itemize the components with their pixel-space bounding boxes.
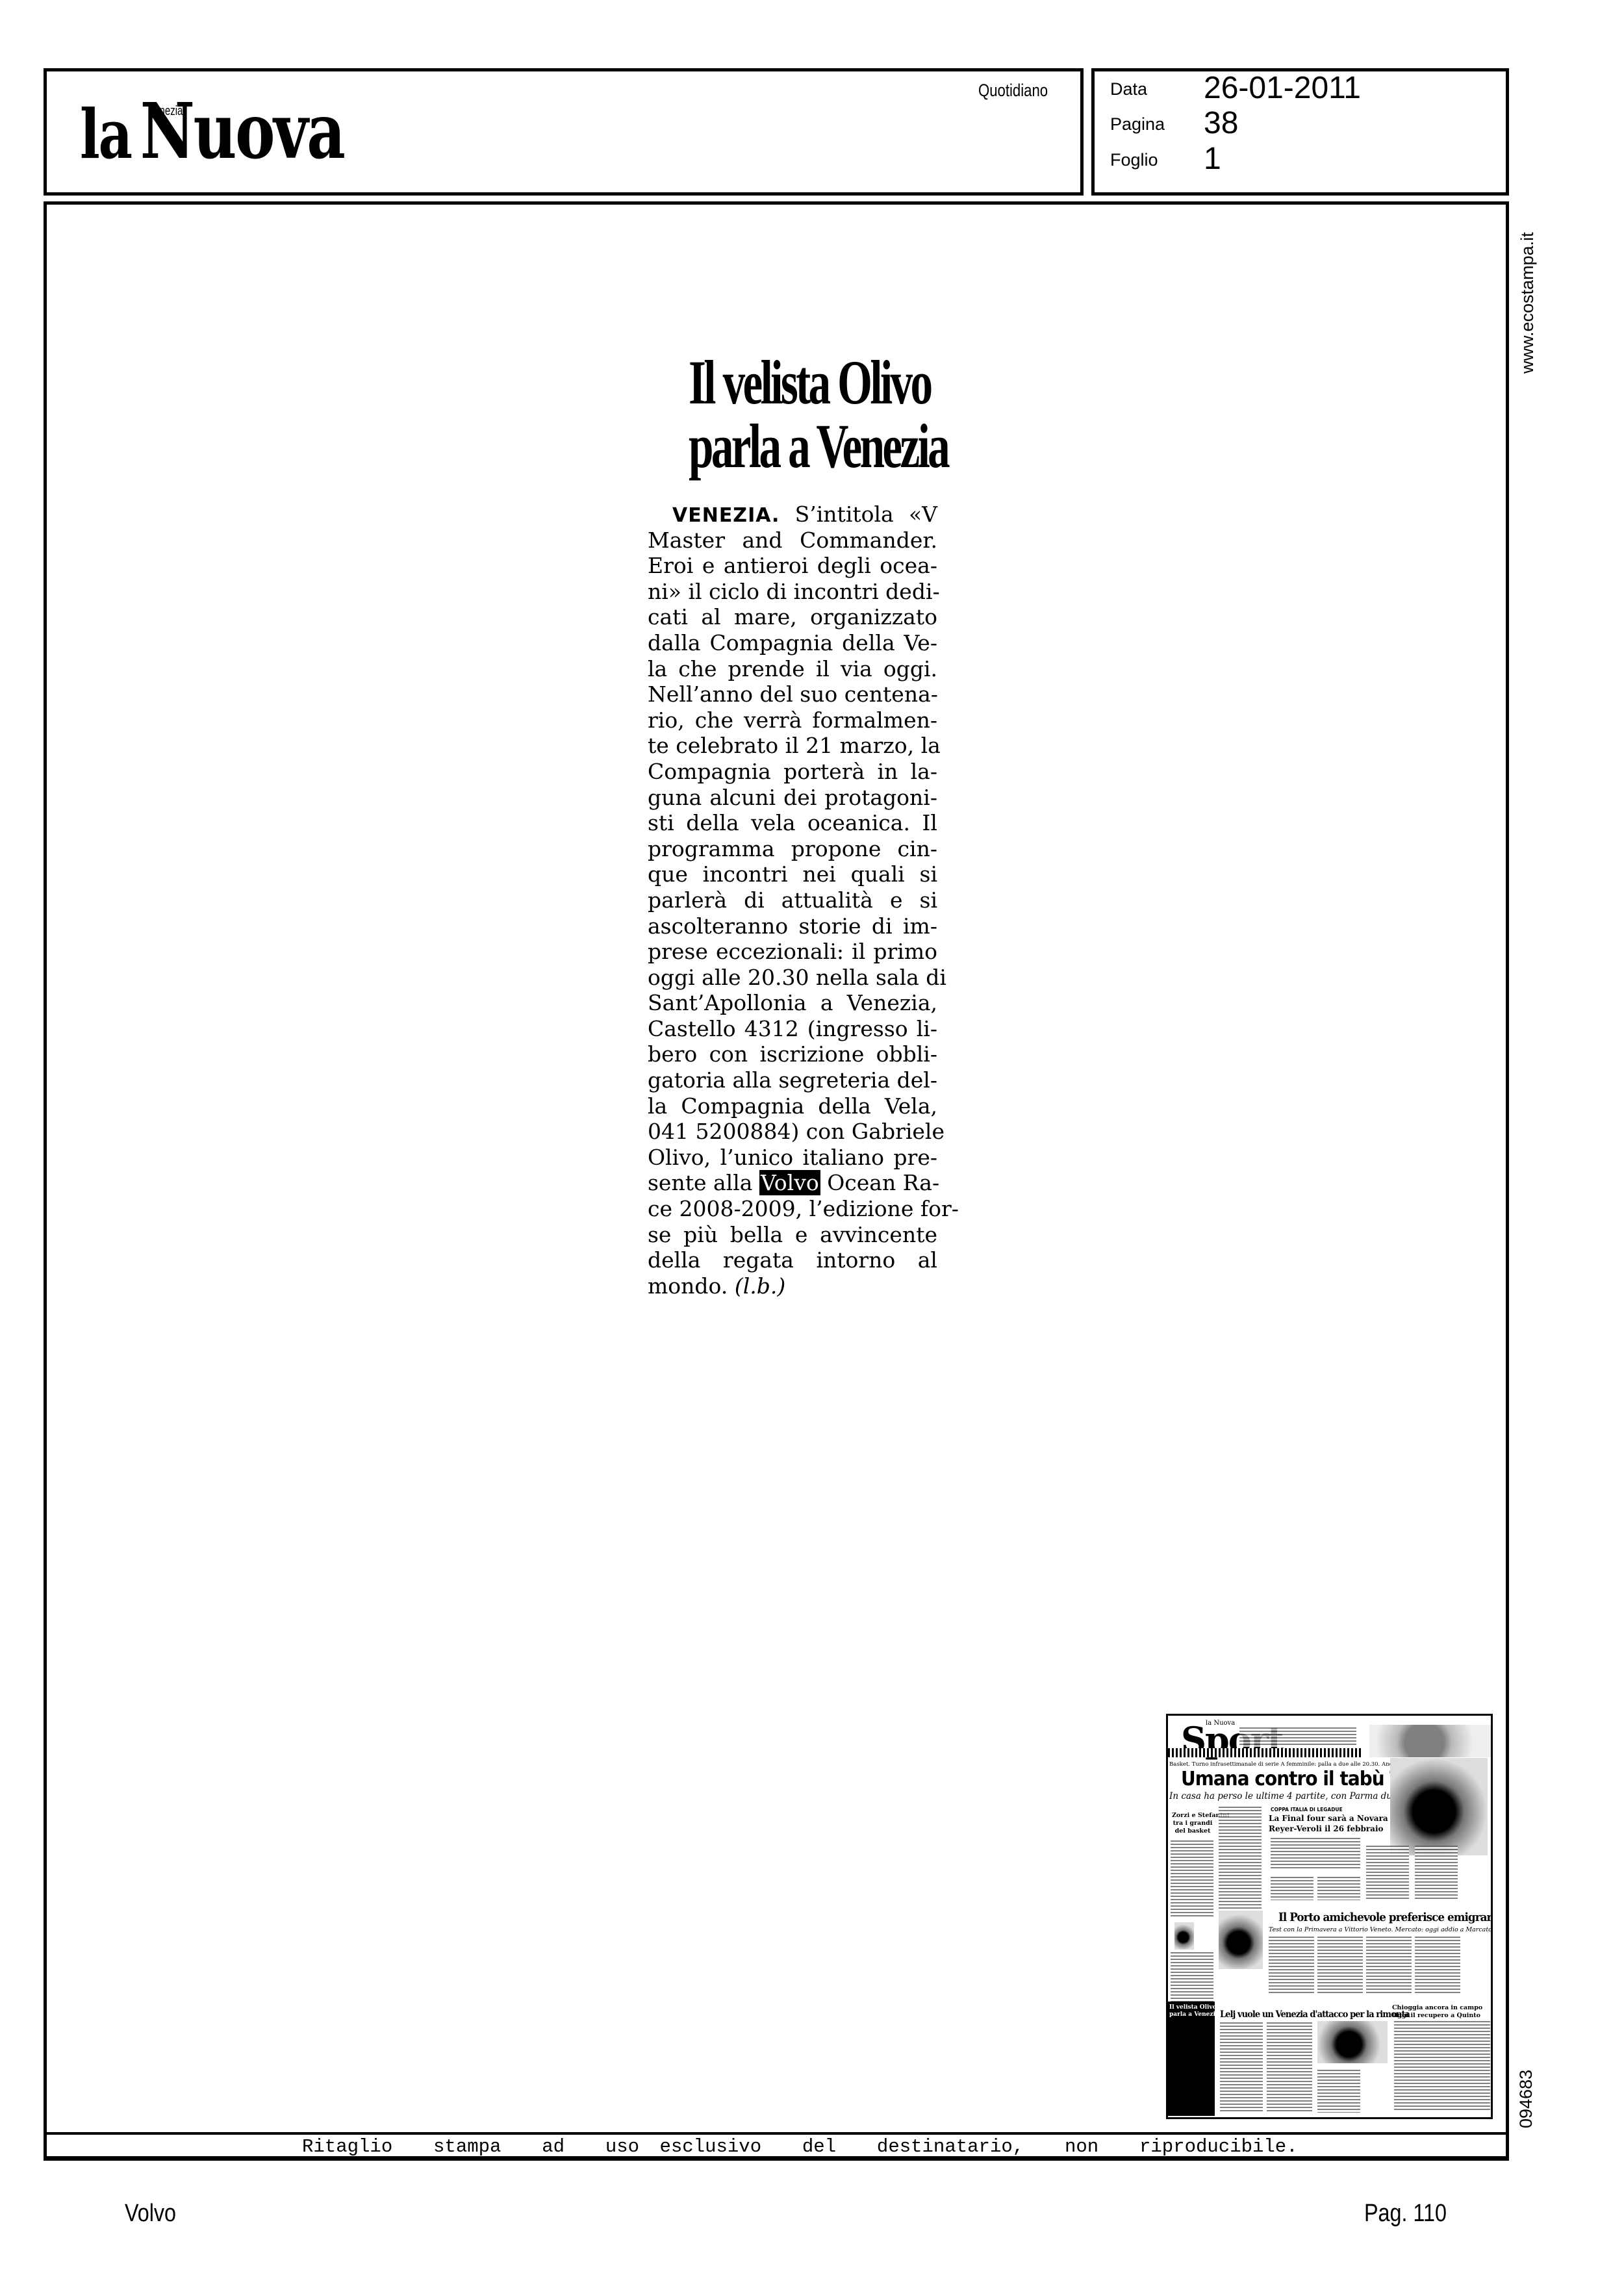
body-line: gatoria alla segreteria del- — [648, 1067, 937, 1093]
headline-line-2: parla a Venezia — [689, 414, 899, 478]
side-code-text: 094683 — [1516, 2070, 1536, 2128]
thumb-text-col — [1317, 2070, 1360, 2113]
thumb-kicker-2: COPPA ITALIA DI LEGADUE — [1271, 1807, 1343, 1813]
disclaimer-text: Ritaglio stampa ad uso esclusivo del des… — [302, 2136, 1298, 2157]
body-line: programma propone cin- — [648, 836, 937, 862]
body-line: Sant’Apollonia a Venezia, — [648, 990, 937, 1016]
thumb-photo-2 — [1219, 1911, 1263, 1969]
page-thumbnail: la Nuova Sport Basket. Turno infrasettim… — [1166, 1714, 1493, 2119]
body-line: rio, che verrà formalmen- — [648, 707, 937, 733]
thumb-text-col — [1267, 2022, 1312, 2113]
body-line: Compagnia porterà in la- — [648, 759, 937, 785]
thumb-ad — [1369, 1725, 1491, 1757]
page-number: Pag. 110 — [1364, 2200, 1447, 2228]
newspaper-logo: laNuova — [80, 97, 344, 168]
body-line: ascolteranno storie di im- — [648, 913, 937, 939]
body-line: bero con iscrizione obbli- — [648, 1041, 937, 1067]
body-line: guna alcuni dei protagoni- — [648, 785, 937, 811]
body-line: Eroi e antieroi degli ocea- — [648, 553, 937, 579]
sheet-label: Foglio — [1110, 150, 1158, 170]
sheet-value: 1 — [1204, 144, 1221, 175]
thumb-text-col — [1366, 1937, 1412, 1995]
body-line: sti della vela oceanica. Il — [648, 810, 937, 836]
thumb-photo-3 — [1317, 2021, 1388, 2063]
logo-la: la — [80, 94, 131, 174]
date-label: Data — [1110, 79, 1147, 99]
date-value: 26-01-2011 — [1204, 73, 1361, 104]
side-url-text: www.ecostampa.it — [1517, 232, 1538, 374]
body-line: la che prende il via oggi. — [648, 656, 937, 682]
thumb-text-col — [1219, 1807, 1262, 1917]
body-line: della regata intorno al — [648, 1247, 937, 1273]
logo-edition: Venezia — [148, 104, 183, 119]
body-line: se più bella e avvincente — [648, 1222, 937, 1248]
byline: (l.b.) — [735, 1273, 785, 1299]
body-line: mondo. (l.b.) — [648, 1273, 937, 1299]
article-headline: Il velista Olivo parla a Venezia — [689, 351, 899, 478]
body-line: cati al mare, organizzato — [648, 604, 937, 630]
body-line: dalla Compagnia della Ve- — [648, 630, 937, 656]
body-line: te celebrato il 21 marzo, la — [648, 733, 937, 759]
thumb-highlighted-article — [1168, 2002, 1215, 2116]
thumb-text-col — [1415, 1937, 1460, 1995]
thumb-headline-3: Il Porto amichevole preferisce emigrare — [1278, 1911, 1493, 1924]
body-line: ni» il ciclo di incontri dedi- — [648, 579, 937, 605]
thumb-side-1: Zorzi e Stefanini tra i grandi del baske… — [1172, 1812, 1213, 1835]
highlighted-keyword: Volvo — [759, 1170, 820, 1195]
page-label: Pagina — [1110, 114, 1165, 134]
body-line: VENEZIA. S’intitola «V — [648, 502, 937, 528]
body-line: Master and Commander. — [648, 528, 937, 553]
body-line: Castello 4312 (ingresso li- — [648, 1016, 937, 1042]
thumb-headline-4: Lelj vuole un Venezia d'attacco per la r… — [1220, 2009, 1410, 2020]
headline-line-1: Il velista Olivo — [689, 351, 899, 414]
thumb-text-col — [1271, 1838, 1360, 1870]
thumb-photo-1 — [1390, 1758, 1488, 1855]
thumb-text-col — [1415, 1846, 1458, 1901]
thumb-headline-5: Chioggia ancora in campo Oggi il recuper… — [1392, 2004, 1493, 2020]
keyword-label: Volvo — [125, 2200, 176, 2228]
thumb-text-col — [1317, 1877, 1360, 1900]
dateline: VENEZIA. — [648, 504, 780, 527]
body-line: Olivo, l’unico italiano pre- — [648, 1145, 937, 1171]
thumb-text-col — [1269, 1937, 1314, 1995]
thumb-text-col — [1394, 2021, 1490, 2112]
periodicity-label: Quotidiano — [978, 81, 1048, 101]
thumb-subhead-3: Test con la Primavera a Vittorio Veneto.… — [1269, 1926, 1492, 1933]
page-value: 38 — [1204, 108, 1238, 139]
thumb-text-col — [1317, 1937, 1363, 1995]
thumb-barcode-strip — [1168, 1748, 1363, 1757]
body-line: 041 5200884) con Gabriele — [648, 1119, 937, 1145]
body-line: oggi alle 20.30 nella sala di — [648, 965, 937, 991]
article-body: VENEZIA. S’intitola «V Master and Comman… — [648, 502, 937, 1299]
footer-divider — [44, 2132, 1509, 2135]
logo-nuova: Nuova — [140, 86, 344, 176]
body-line: sente alla Volvo Ocean Ra- — [648, 1170, 937, 1196]
thumb-text-col — [1220, 2022, 1263, 2113]
body-line: ce 2008-2009, l’edizione for- — [648, 1196, 937, 1222]
thumb-headline-2: La Final four sarà a Novara Reyer-Veroli… — [1269, 1813, 1360, 1834]
thumb-text-col — [1271, 1877, 1313, 1900]
body-line: prese eccezionali: il primo — [648, 939, 937, 965]
body-line: parlerà di attualità e si — [648, 887, 937, 913]
thumb-photo-small — [1174, 1922, 1194, 1950]
thumb-text-col — [1171, 1840, 1213, 1917]
thumb-text-col — [1366, 1846, 1409, 1901]
thumb-box-title: Il velista Olivo parla a Venezia — [1169, 2004, 1213, 2018]
body-line: Nell’anno del suo centena- — [648, 681, 937, 707]
thumb-index — [1239, 1727, 1356, 1747]
body-line: que incontri nei quali si — [648, 861, 937, 887]
body-line: la Compagnia della Vela, — [648, 1093, 937, 1119]
